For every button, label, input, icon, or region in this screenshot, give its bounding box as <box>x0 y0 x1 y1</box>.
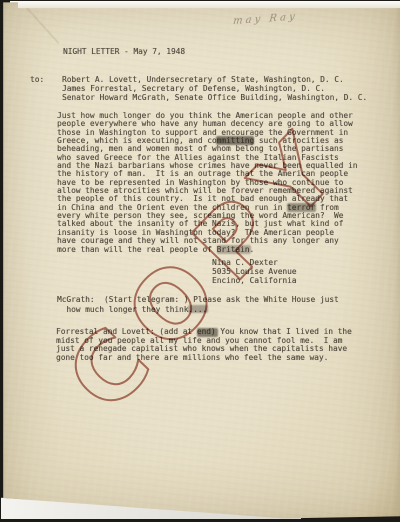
copy-stamp: COPY <box>0 0 400 522</box>
copy-stamp-text: COPY <box>47 104 368 431</box>
scanned-letter: may Ray NIGHT LETTER - May 7, 1948 to: R… <box>0 0 400 522</box>
